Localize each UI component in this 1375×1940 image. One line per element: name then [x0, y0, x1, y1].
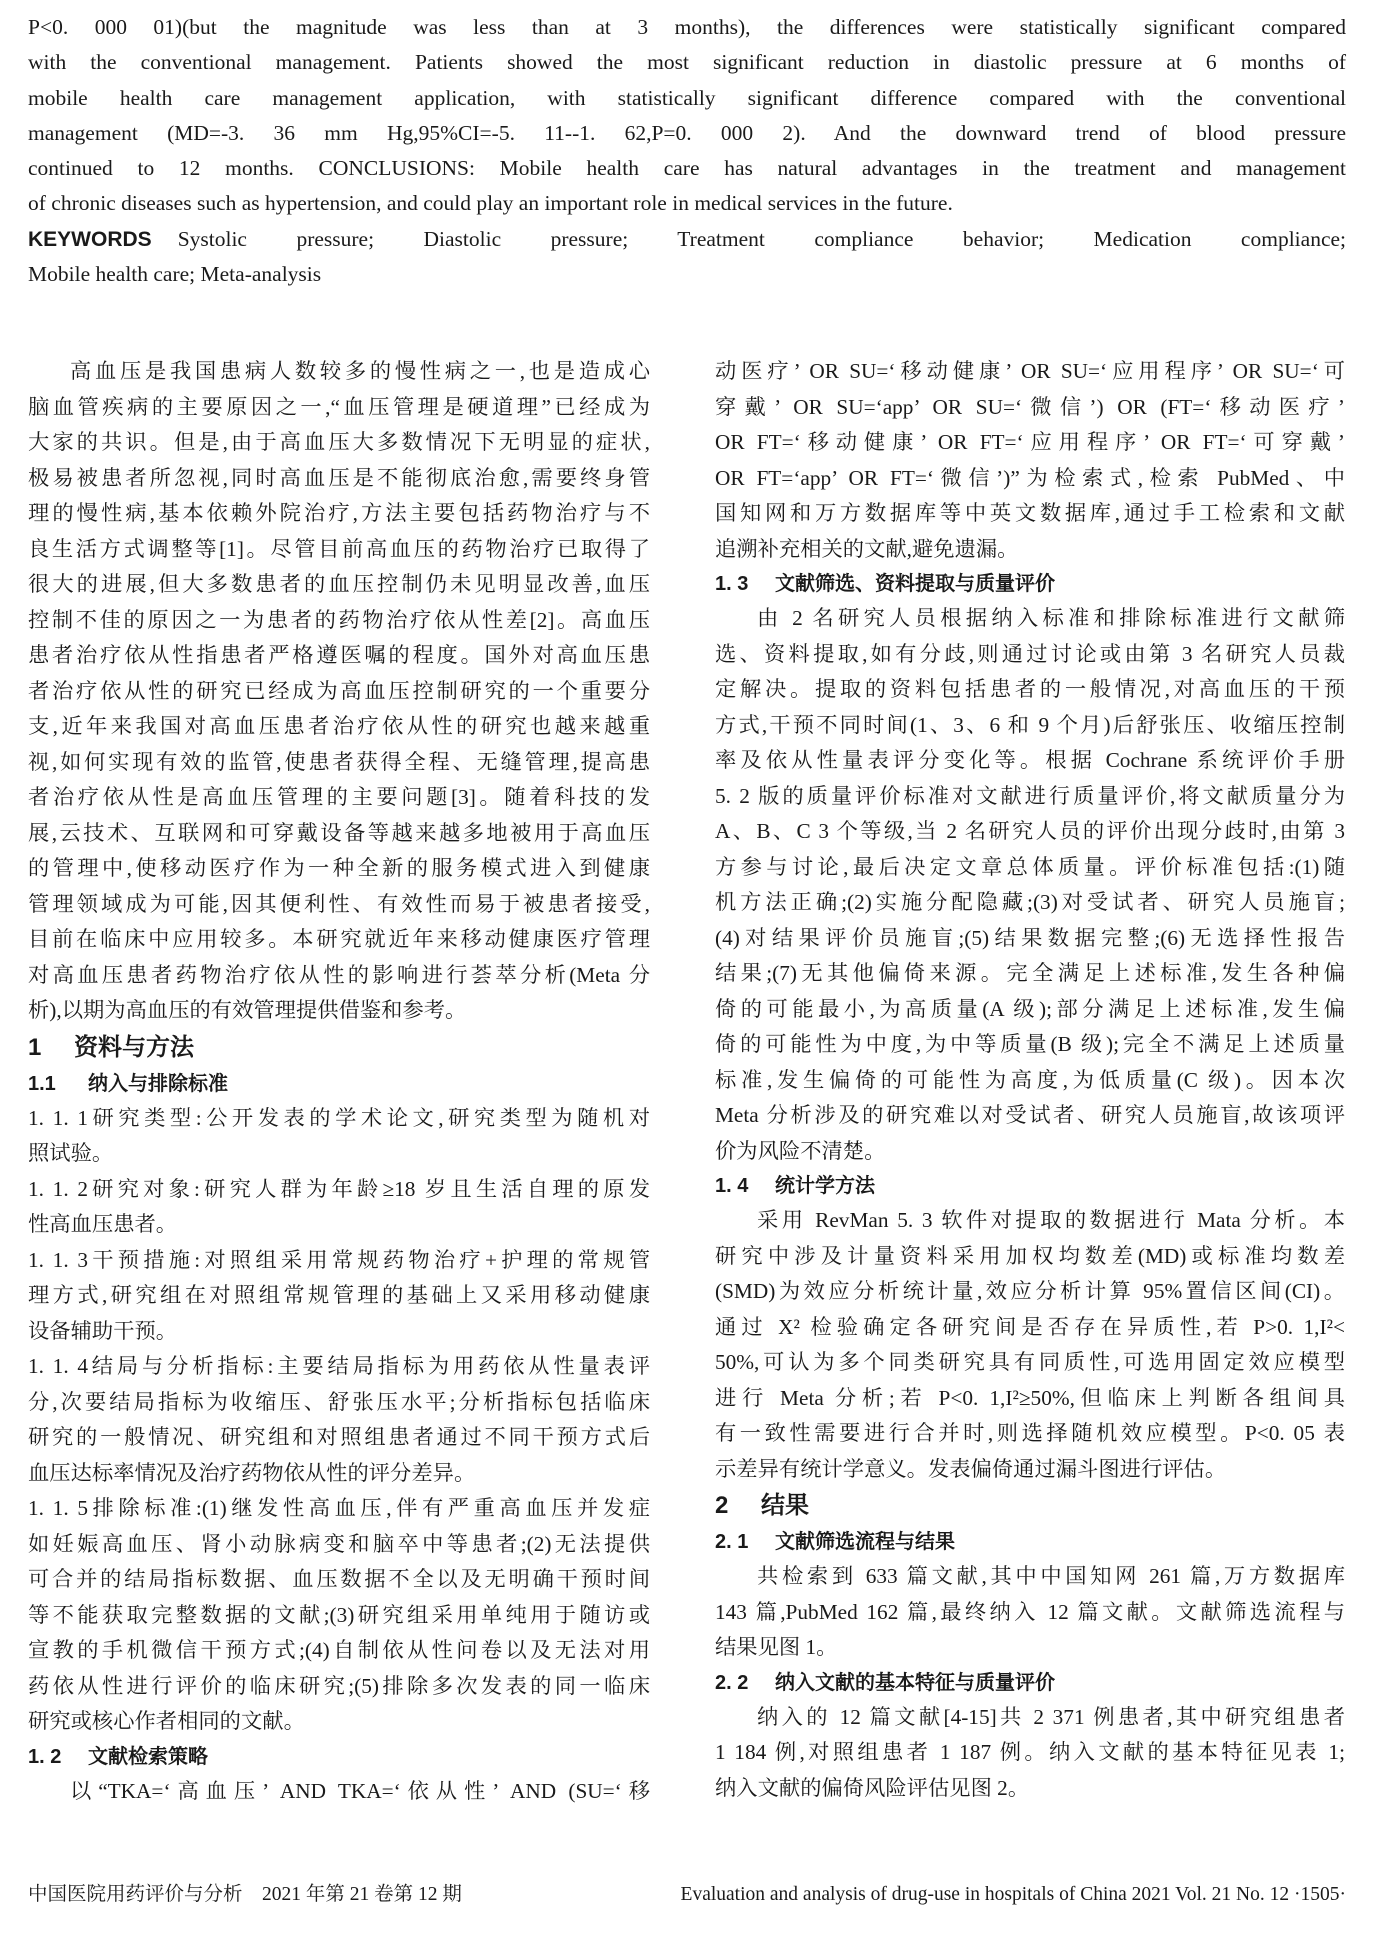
text-line: 1. 1. 2研究对象:研究人群为年龄≥18 岁且生活自理的原发	[28, 1172, 650, 1208]
text-line: OR FT=‘移动健康’ OR FT=‘应用程序’ OR FT=‘可穿戴’	[715, 425, 1345, 461]
text-line: 标准,发生偏倚的可能性为高度,为低质量(C 级)。因本次	[715, 1063, 1345, 1099]
page-footer: 中国医院用药评价与分析 2021 年第 21 卷第 12 期 Evaluatio…	[28, 1880, 1346, 1910]
item-1-1-3: 1. 1. 3干预措施:对照组采用常规药物治疗+护理的常规管 理方式,研究组在对…	[28, 1243, 650, 1350]
section-title: 文献检索策略	[88, 1746, 208, 1768]
text-line: 选、资料提取,如有分歧,则通过讨论或由第 3 名研究人员裁	[715, 637, 1345, 673]
item-number: 1. 1. 1	[28, 1101, 88, 1137]
item-1-1-1: 1. 1. 1研究类型:公开发表的学术论文,研究类型为随机对 照试验。	[28, 1101, 650, 1172]
text-line: 理方式,研究组在对照组常规管理的基础上又采用移动健康	[28, 1278, 650, 1314]
text-line: 1. 1. 5排除标准:(1)继发性高血压,伴有严重高血压并发症	[28, 1491, 650, 1527]
text-line: 性高血压患者。	[28, 1207, 650, 1243]
section-heading-1-3: 1. 3文献筛选、资料提取与质量评价	[715, 567, 1345, 601]
text-line: 如妊娠高血压、肾小动脉病变和脑卒中等患者;(2)无法提供	[28, 1527, 650, 1563]
text-line: 纳入的 12 篇文献[4-15]共 2 371 例患者,其中研究组患者	[715, 1700, 1345, 1736]
section-number: 1	[28, 1029, 74, 1067]
section-heading-2: 2结果	[715, 1487, 1345, 1525]
section-2-1-body: 共检索到 633 篇文献,其中中国知网 261 篇,万方数据库 143 篇,Pu…	[715, 1559, 1345, 1666]
text-line: 分,次要结局指标为收缩压、舒张压水平;分析指标包括临床	[28, 1385, 650, 1421]
section-heading-1: 1资料与方法	[28, 1029, 650, 1067]
section-title: 文献筛选流程与结果	[775, 1531, 955, 1553]
section-number: 2. 2	[715, 1666, 775, 1700]
right-column: 动医疗’ OR SU=‘移动健康’ OR SU=‘应用程序’ OR SU=‘可 …	[715, 42, 1345, 1806]
search-strategy-line: 以“TKA=‘高血压’ AND TKA=‘依从性’ AND (SU=‘移	[28, 1774, 650, 1810]
item-text: 研究对象:研究人群为年龄≥18 岁且生活自理的原发	[88, 1177, 650, 1201]
text-line: 结果见图 1。	[715, 1630, 1345, 1666]
text-line: 研究或核心作者相同的文献。	[28, 1704, 650, 1740]
section-2-2-body: 纳入的 12 篇文献[4-15]共 2 371 例患者,其中研究组患者 1 18…	[715, 1700, 1345, 1807]
text-line: 很大的进展,但大多数患者的血压控制仍未见明显改善,血压	[28, 567, 650, 603]
text-line: Meta 分析涉及的研究难以对受试者、研究人员施盲,故该项评	[715, 1098, 1345, 1134]
section-number: 2	[715, 1487, 761, 1525]
text-line: 共检索到 633 篇文献,其中中国知网 261 篇,万方数据库	[715, 1559, 1345, 1595]
section-title: 结果	[761, 1492, 809, 1519]
item-text: 干预措施:对照组采用常规药物治疗+护理的常规管	[88, 1248, 650, 1272]
text-line: 倚的可能最小,为高质量(A 级);部分满足上述标准,发生偏	[715, 992, 1345, 1028]
text-line: 的管理中,使移动医疗作为一种全新的服务模式进入到健康	[28, 851, 650, 887]
text-line: 5. 2 版的质量评价标准对文献进行质量评价,将文献质量分为	[715, 779, 1345, 815]
abstract-line: P<0. 000 01)(but the magnitude was less …	[28, 10, 1346, 45]
text-line: 目前在临床中应用较多。本研究就近年来移动健康医疗管理	[28, 922, 650, 958]
section-number: 2. 1	[715, 1525, 775, 1559]
text-line: 进行 Meta 分析;若 P<0. 1,I²≥50%,但临床上判断各组间具	[715, 1381, 1345, 1417]
text-line: 由 2 名研究人员根据纳入标准和排除标准进行文献筛	[715, 601, 1345, 637]
text-line: 管理领域成为可能,因其便利性、有效性而易于被患者接受,	[28, 887, 650, 923]
text-line: 研究中涉及计量资料采用加权均数差(MD)或标准均数差	[715, 1239, 1345, 1275]
text-line: 143 篇,PubMed 162 篇,最终纳入 12 篇文献。文献筛选流程与	[715, 1595, 1345, 1631]
section-title: 纳入与排除标准	[88, 1073, 228, 1095]
text-line: 理的慢性病,基本依赖外院治疗,方法主要包括药物治疗与不	[28, 496, 650, 532]
item-1-1-4: 1. 1. 4结局与分析指标:主要结局指标为用药依从性量表评 分,次要结局指标为…	[28, 1349, 650, 1491]
section-1-3-body: 由 2 名研究人员根据纳入标准和排除标准进行文献筛 选、资料提取,如有分歧,则通…	[715, 601, 1345, 1169]
text-line: 展,云技术、互联网和可穿戴设备等越来越多地被用于高血压	[28, 816, 650, 852]
section-title: 纳入文献的基本特征与质量评价	[775, 1672, 1055, 1694]
item-1-1-2: 1. 1. 2研究对象:研究人群为年龄≥18 岁且生活自理的原发 性高血压患者。	[28, 1172, 650, 1243]
section-number: 1. 3	[715, 567, 775, 601]
intro-paragraph: 高血压是我国患病人数较多的慢性病之一,也是造成心 脑血管疾病的主要原因之一,“血…	[28, 354, 650, 1029]
section-heading-2-2: 2. 2纳入文献的基本特征与质量评价	[715, 1666, 1345, 1700]
text-line: 者治疗依从性是高血压管理的主要问题[3]。随着科技的发	[28, 780, 650, 816]
text-line: 方参与讨论,最后决定文章总体质量。评价标准包括:(1)随	[715, 850, 1345, 886]
search-strategy-continued: 动医疗’ OR SU=‘移动健康’ OR SU=‘应用程序’ OR SU=‘可 …	[715, 354, 1345, 567]
text-line: 等不能获取完整数据的文献;(3)研究组采用单纯用于随访或	[28, 1598, 650, 1634]
text-line: 50%,可认为多个同类研究具有同质性,可选用固定效应模型	[715, 1345, 1345, 1381]
text-line: 方式,干预不同时间(1、3、6 和 9 个月)后舒张压、收缩压控制	[715, 708, 1345, 744]
item-number: 1. 1. 3	[28, 1243, 88, 1279]
text-line: 1. 1. 3干预措施:对照组采用常规药物治疗+护理的常规管	[28, 1243, 650, 1279]
section-title: 文献筛选、资料提取与质量评价	[775, 573, 1055, 595]
text-line: 价为风险不清楚。	[715, 1134, 1345, 1170]
item-number: 1. 1. 2	[28, 1172, 88, 1208]
journal-name-chinese: 中国医院用药评价与分析 2021 年第 21 卷第 12 期	[28, 1880, 462, 1910]
text-line: 设备辅助干预。	[28, 1314, 650, 1350]
text-line: 良生活方式调整等[1]。尽管目前高血压的药物治疗已取得了	[28, 532, 650, 568]
text-line: 脑血管疾病的主要原因之一,“血压管理是硬道理”已经成为	[28, 390, 650, 426]
text-line: 1. 1. 4结局与分析指标:主要结局指标为用药依从性量表评	[28, 1349, 650, 1385]
text-line: 血压达标率情况及治疗药物依从性的评分差异。	[28, 1456, 650, 1492]
text-line: A、B、C 3 个等级,当 2 名研究人员的评价出现分歧时,由第 3	[715, 814, 1345, 850]
text-line: (4)对结果评价员施盲;(5)结果数据完整;(6)无选择性报告	[715, 921, 1345, 957]
text-line: 机方法正确;(2)实施分配隐藏;(3)对受试者、研究人员施盲;	[715, 885, 1345, 921]
item-text: 研究类型:公开发表的学术论文,研究类型为随机对	[88, 1106, 650, 1130]
text-line: 析),以期为高血压的有效管理提供借鉴和参考。	[28, 993, 650, 1029]
item-text: 排除标准:(1)继发性高血压,伴有严重高血压并发症	[88, 1496, 650, 1520]
text-line: 通过 X² 检验确定各研究间是否存在异质性,若 P>0. 1,I²<	[715, 1310, 1345, 1346]
text-line: 控制不佳的原因之一为患者的药物治疗依从性差[2]。高血压	[28, 603, 650, 639]
text-line: OR FT=‘app’ OR FT=‘微信’)”为检索式,检索 PubMed、中	[715, 461, 1345, 497]
section-number: 1. 4	[715, 1169, 775, 1203]
text-line: 者治疗依从性的研究已经成为高血压控制研究的一个重要分	[28, 674, 650, 710]
section-number: 1.1	[28, 1067, 88, 1101]
text-line: 率及依从性量表评分变化等。根据 Cochrane 系统评价手册	[715, 743, 1345, 779]
section-heading-2-1: 2. 1文献筛选流程与结果	[715, 1525, 1345, 1559]
text-line: 国知网和万方数据库等中英文数据库,通过手工检索和文献	[715, 496, 1345, 532]
text-line: 结果;(7)无其他偏倚来源。完全满足上述标准,发生各种偏	[715, 956, 1345, 992]
text-line: 患者治疗依从性指患者严格遵医嘱的程度。国外对高血压患	[28, 638, 650, 674]
section-number: 1. 2	[28, 1740, 88, 1774]
text-line: 示差异有统计学意义。发表偏倚通过漏斗图进行评估。	[715, 1452, 1345, 1488]
text-line: (SMD)为效应分析统计量,效应分析计算 95%置信区间(CI)。	[715, 1274, 1345, 1310]
section-heading-1-4: 1. 4统计学方法	[715, 1169, 1345, 1203]
text-line: 视,如何实现有效的监管,使患者获得全程、无缝管理,提高患	[28, 745, 650, 781]
text-line: 纳入文献的偏倚风险评估见图 2。	[715, 1771, 1345, 1807]
text-line: 对高血压患者药物治疗依从性的影响进行荟萃分析(Meta 分	[28, 958, 650, 994]
text-line: 定解决。提取的资料包括患者的一般情况,对高血压的干预	[715, 672, 1345, 708]
text-line: 极易被患者所忽视,同时高血压是不能彻底治愈,需要终身管	[28, 461, 650, 497]
text-line: 动医疗’ OR SU=‘移动健康’ OR SU=‘应用程序’ OR SU=‘可	[715, 354, 1345, 390]
text-line: 有一致性需要进行合并时,则选择随机效应模型。P<0. 05 表	[715, 1416, 1345, 1452]
section-1-4-body: 采用 RevMan 5. 3 软件对提取的数据进行 Mata 分析。本 研究中涉…	[715, 1203, 1345, 1487]
item-number: 1. 1. 4	[28, 1349, 88, 1385]
section-title: 资料与方法	[74, 1034, 194, 1061]
text-line: 追溯补充相关的文献,避免遗漏。	[715, 532, 1345, 568]
text-line: 1. 1. 1研究类型:公开发表的学术论文,研究类型为随机对	[28, 1101, 650, 1137]
keywords-label: KEYWORDS	[28, 228, 152, 251]
text-line: 大家的共识。但是,由于高血压大多数情况下无明显的症状,	[28, 425, 650, 461]
section-title: 统计学方法	[775, 1175, 875, 1197]
text-line: 可合并的结局指标数据、血压数据不全以及无明确干预时间	[28, 1562, 650, 1598]
item-number: 1. 1. 5	[28, 1491, 88, 1527]
text-line: 研究的一般情况、研究组和对照组患者通过不同干预方式后	[28, 1420, 650, 1456]
item-text: 结局与分析指标:主要结局指标为用药依从性量表评	[88, 1354, 650, 1378]
text-line: 支,近年来我国对高血压患者治疗依从性的研究也越来越重	[28, 709, 650, 745]
text-line: 采用 RevMan 5. 3 软件对提取的数据进行 Mata 分析。本	[715, 1203, 1345, 1239]
text-line: 倚的可能性为中度,为中等质量(B 级);完全不满足上述质量	[715, 1027, 1345, 1063]
journal-name-english-page-number: Evaluation and analysis of drug-use in h…	[681, 1880, 1346, 1910]
text-line: 药依从性进行评价的临床研究;(5)排除多次发表的同一临床	[28, 1669, 650, 1705]
text-line: 1 184 例,对照组患者 1 187 例。纳入文献的基本特征见表 1;	[715, 1735, 1345, 1771]
section-heading-1-1: 1.1纳入与排除标准	[28, 1067, 650, 1101]
text-line: 穿戴’ OR SU=‘app’ OR SU=‘微信’) OR (FT=‘移动医疗…	[715, 390, 1345, 426]
item-1-1-5: 1. 1. 5排除标准:(1)继发性高血压,伴有严重高血压并发症 如妊娠高血压、…	[28, 1491, 650, 1740]
text-line: 照试验。	[28, 1136, 650, 1172]
text-line: 高血压是我国患病人数较多的慢性病之一,也是造成心	[28, 354, 650, 390]
text-line: 宣教的手机微信干预方式;(4)自制依从性问卷以及无法对用	[28, 1633, 650, 1669]
section-heading-1-2: 1. 2文献检索策略	[28, 1740, 650, 1774]
left-column: 高血压是我国患病人数较多的慢性病之一,也是造成心 脑血管疾病的主要原因之一,“血…	[28, 354, 650, 1809]
